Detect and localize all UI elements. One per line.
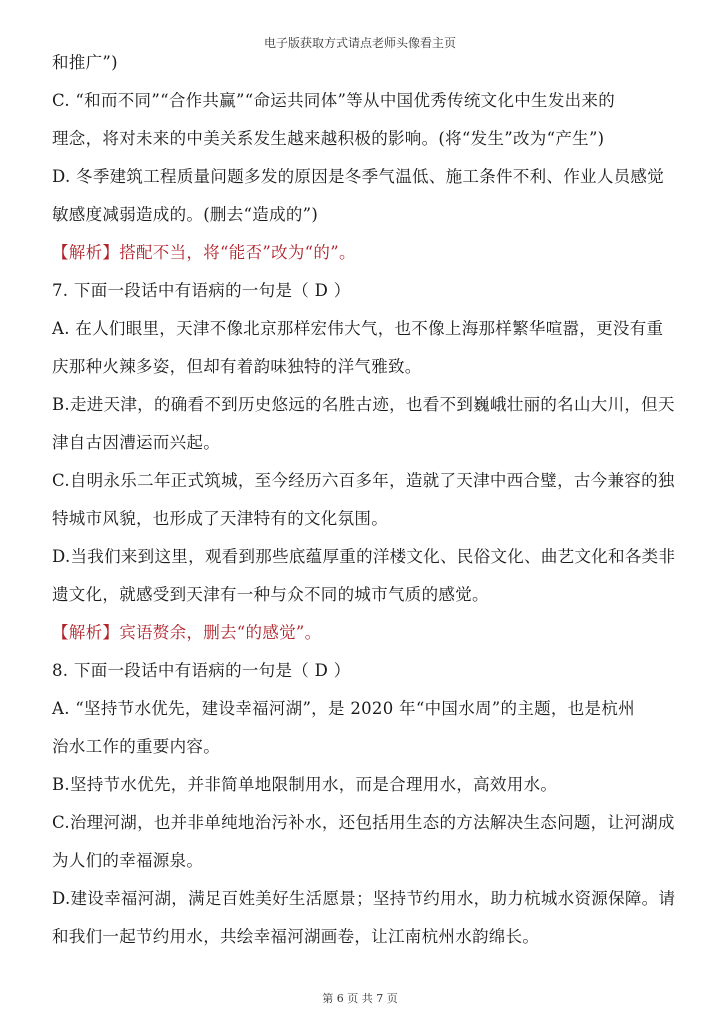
question-8: 8. 下面一段话中有语病的一句是（ D ） [52,660,351,682]
q7-option-b: B.走进天津，的确看不到历史悠远的名胜古迹，也看不到巍峨壮丽的名山大川，但天 [52,394,675,416]
q7-option-a-cont: 庆那种火辣多姿，但却有着韵味独特的洋气雅致。 [52,356,422,378]
q7-option-d-cont: 遗文化，就感受到天津有一种与众不同的城市气质的感觉。 [52,584,489,606]
page-header: 电子版获取方式请点老师头像看主页 [0,34,720,51]
page-footer: 第 6 页 共 7 页 [0,990,720,1006]
option-c-cont: 理念，将对未来的中美关系发生越来越积极的影响。(将“发生”改为“产生”) [52,128,604,150]
q7-option-d: D.当我们来到这里，观看到那些底蕴厚重的洋楼文化、民俗文化、曲艺文化和各类非 [52,546,675,568]
q8-option-c: C.治理河湖，也并非单纯地治污补水，还包括用生态的方法解决生态问题，让河湖成 [52,812,675,834]
q8-option-a-cont: 治水工作的重要内容。 [52,736,220,758]
line-continuation: 和推广”) [52,52,118,74]
option-c: C. “和而不同”“合作共赢”“命运共同体”等从中国优秀传统文化中生发出来的 [52,90,615,112]
option-d: D. 冬季建筑工程质量问题多发的原因是冬季气温低、施工条件不利、作业人员感觉 [52,166,664,188]
q8-option-d-cont: 和我们一起节约用水，共绘幸福河湖画卷，让江南杭州水韵绵长。 [52,926,539,948]
q7-option-b-cont: 津自古因漕运而兴起。 [52,432,220,454]
q8-option-b: B.坚持节水优先，并非简单地限制用水，而是合理用水，高效用水。 [52,774,557,796]
q7-option-c-cont: 特城市风貌，也形成了天津特有的文化氛围。 [52,508,388,530]
q7-option-c: C.自明永乐二年正式筑城，至今经历六百多年，造就了天津中西合璧，古今兼容的独 [52,470,675,492]
q8-option-c-cont: 为人们的幸福源泉。 [52,850,203,872]
option-d-cont: 敏感度减弱造成的。(删去“造成的”) [52,204,318,226]
question-7: 7. 下面一段话中有语病的一句是（ D ） [52,280,351,302]
q8-option-a: A. “坚持节水优先，建设幸福河湖”，是 2020 年“中国水周”的主题，也是杭… [52,698,635,720]
q8-option-d: D.建设幸福河湖，满足百姓美好生活愿景；坚持节约用水，助力杭城水资源保障。请 [52,888,675,910]
analysis-7: 【解析】宾语赘余，删去“的感觉”。 [52,622,321,644]
analysis-6: 【解析】搭配不当，将“能否”改为“的”。 [52,242,356,264]
q7-option-a: A. 在人们眼里，天津不像北京那样宏伟大气，也不像上海那样繁华喧嚣，更没有重 [52,318,663,340]
